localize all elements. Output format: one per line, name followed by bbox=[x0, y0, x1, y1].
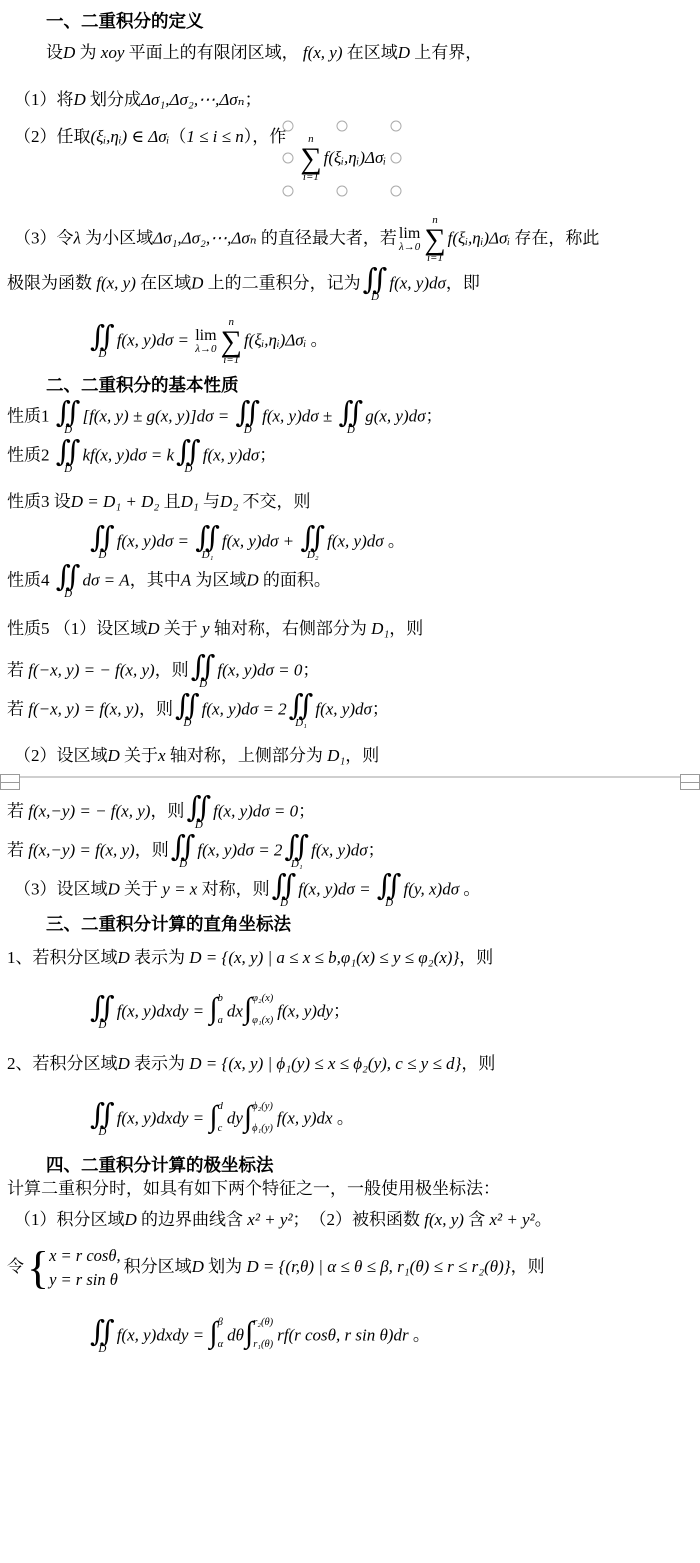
text-run: ； bbox=[259, 446, 276, 465]
math-run: f(ξᵢ,ηᵢ)Δσᵢ bbox=[324, 147, 386, 170]
text-run: ； bbox=[368, 840, 385, 859]
cases-group: {x = r cosθ,y = r sin θ bbox=[27, 1244, 121, 1292]
math-run: f(x, y)dσ + bbox=[222, 531, 299, 550]
double-integral: ∬D bbox=[176, 438, 201, 475]
text-run: ，则 bbox=[135, 840, 169, 859]
math-run: f(x, y)dσ = 2 bbox=[202, 699, 287, 718]
double-integral: ∬D bbox=[191, 653, 216, 690]
math-run: D = {(x, y) | a ≤ x ≤ b,φ₁(x) ≤ y ≤ φ₂(x… bbox=[189, 948, 459, 967]
text-run: 的面积。 bbox=[259, 570, 331, 589]
text-run: 四、二重积分计算的极坐标法 bbox=[46, 1155, 274, 1175]
text-line: 2、若积分区域D 表示为 D = {(x, y) | ϕ₁(y) ≤ x ≤ ϕ… bbox=[7, 1053, 700, 1076]
math-run: g(x, y)dσ bbox=[365, 407, 425, 426]
math-run: D bbox=[108, 879, 120, 898]
integral-limits: ϕ₂(y)ϕ₁(y) bbox=[252, 1100, 273, 1136]
text-run: ），作 bbox=[244, 127, 287, 146]
math-run: f(x, y)dσ bbox=[389, 273, 446, 292]
text-run: 不交，则 bbox=[238, 492, 310, 511]
text-line: 性质2 ∬Dkf(x, y)dσ = k∬Df(x, y)dσ； bbox=[7, 438, 700, 475]
text-run: ，则 bbox=[345, 746, 379, 765]
text-run: ； （2）被积函数 bbox=[293, 1210, 425, 1229]
math-run: xoy bbox=[101, 43, 125, 62]
math-run: f(x, y)dxdy = bbox=[117, 1001, 209, 1020]
math-run: f(x, y) bbox=[96, 273, 136, 292]
math-run: f(x, y)dy bbox=[277, 1001, 333, 1020]
text-line: 若 f(x,−y) = − f(x, y)，则∬Df(x, y)dσ = 0； bbox=[7, 794, 700, 831]
heading-line: 一、二重积分的定义 bbox=[46, 10, 700, 34]
math-run: f(ξᵢ,ηᵢ)Δσᵢ bbox=[244, 330, 306, 349]
integral-lower-limit: ϕ₁(y) bbox=[252, 1122, 273, 1136]
sum-operator: n∑i=1 bbox=[300, 134, 321, 183]
selected-equation: n∑i=1f(ξᵢ,ηᵢ)Δσᵢ bbox=[288, 126, 396, 191]
math-run: f(x, y)dσ = 0 bbox=[217, 660, 302, 679]
text-run: 的直径最大者，若 bbox=[257, 228, 397, 247]
text-run: ，即 bbox=[446, 273, 480, 292]
text-run: 平面上的有限闭区域， bbox=[124, 43, 303, 62]
integral-domain-label: D bbox=[98, 349, 106, 360]
lim-lower-limit: λ→0 bbox=[399, 242, 420, 253]
text-run: （3）设区域 bbox=[14, 879, 108, 898]
integral-lower-limit: a bbox=[218, 1014, 223, 1028]
math-run: f(y, x)dσ bbox=[404, 879, 460, 898]
text-run: ； bbox=[333, 1001, 350, 1020]
math-run: D₁ bbox=[327, 746, 345, 765]
text-run: 。 bbox=[306, 330, 327, 349]
selection-handle[interactable] bbox=[283, 120, 294, 131]
math-run: f(x, y)dσ bbox=[311, 840, 368, 859]
cases-stack: x = r cosθ,y = r sin θ bbox=[49, 1244, 120, 1292]
integral-domain-label: D bbox=[98, 550, 106, 561]
text-run: 的边界曲线含 bbox=[137, 1210, 248, 1229]
text-run: 与 bbox=[199, 492, 220, 511]
text-run: 为小区域 bbox=[81, 228, 153, 247]
text-run: 关于 bbox=[120, 879, 163, 898]
text-run: 。 bbox=[535, 1210, 552, 1229]
text-run: 计算二重积分时，如具有如下两个特征之一，一般使用极坐标法： bbox=[7, 1179, 500, 1198]
integral-icon: ∫ bbox=[244, 994, 252, 1030]
double-integral: ∬D bbox=[338, 399, 363, 436]
text-line: 性质3 设D = D₁ + D₂ 且D₁ 与D₂ 不交，则 bbox=[7, 491, 700, 514]
text-run: 性质5 （1）设区域 bbox=[7, 619, 147, 638]
integral: ∫r₂(θ)r₁(θ) bbox=[245, 1318, 276, 1354]
text-run: ，其中 bbox=[130, 570, 181, 589]
double-integral: ∬D bbox=[90, 994, 115, 1031]
sum-lower-limit: i=1 bbox=[223, 355, 239, 366]
page-break-edge-box bbox=[680, 774, 700, 790]
sum-operator: n∑i=1 bbox=[424, 215, 445, 264]
text-run: 关于 bbox=[160, 619, 203, 638]
math-run: [f(x, y) ± g(x, y)]dσ = bbox=[82, 407, 233, 426]
math-run: D = {(r,θ) | α ≤ θ ≤ β, r₁(θ) ≤ r ≤ r₂(θ… bbox=[246, 1257, 510, 1276]
double-integral: ∬D bbox=[56, 563, 81, 600]
text-line: （2）任取(ξᵢ,ηᵢ) ∈ Δσᵢ（1 ≤ i ≤ n），作n∑i=1f(ξᵢ… bbox=[14, 126, 700, 191]
selection-handle[interactable] bbox=[337, 185, 348, 196]
text-run: ； bbox=[298, 801, 315, 820]
double-integral: ∬D bbox=[90, 1101, 115, 1138]
page-break-edge-box bbox=[0, 774, 20, 790]
math-run: D bbox=[398, 43, 410, 62]
text-run: 。 bbox=[384, 531, 405, 550]
math-run: D₁ bbox=[181, 492, 199, 511]
selection-handle[interactable] bbox=[283, 153, 294, 164]
math-run: Δσ₁,Δσ₂,⋯,Δσₙ bbox=[141, 90, 245, 109]
integral-icon: ∫ bbox=[245, 1318, 253, 1354]
integral: ∫ϕ₂(y)ϕ₁(y) bbox=[244, 1102, 276, 1138]
text-run: 。 bbox=[333, 1109, 354, 1128]
text-run: 为区域 bbox=[191, 570, 246, 589]
integral: ∫dc bbox=[209, 1102, 225, 1138]
text-run: 性质4 bbox=[7, 570, 54, 589]
lim-word: lim bbox=[195, 328, 216, 344]
integral-domain-label: D₂ bbox=[307, 550, 319, 561]
math-run: λ bbox=[74, 228, 81, 247]
text-run: 轴对称，右侧部分为 bbox=[210, 619, 372, 638]
text-run: （ bbox=[169, 127, 186, 146]
integral-upper-limit: φ₂(x) bbox=[252, 992, 273, 1006]
text-run: （2）设区域 bbox=[14, 746, 108, 765]
math-run: f(x, y)dσ = bbox=[117, 330, 194, 349]
math-run: D bbox=[125, 1210, 137, 1229]
math-run: f(−x, y) = f(x, y) bbox=[28, 699, 139, 718]
text-run: ，则 bbox=[155, 660, 189, 679]
integral-lower-limit: α bbox=[218, 1338, 224, 1352]
double-integral: ∬D bbox=[377, 872, 402, 909]
integral-limits: φ₂(x)φ₁(x) bbox=[252, 992, 273, 1028]
integral-domain-label: D bbox=[195, 820, 203, 831]
page-break-line bbox=[0, 776, 700, 778]
text-run: 关于 bbox=[120, 746, 158, 765]
math-run: f(x, y)dσ ± bbox=[262, 407, 336, 426]
integral-limits: dc bbox=[218, 1100, 223, 1136]
math-run: f(−x, y) = − f(x, y) bbox=[28, 660, 154, 679]
text-run: 二、二重积分的基本性质 bbox=[46, 375, 239, 395]
text-run: 积分区域 bbox=[124, 1257, 192, 1276]
selection-handle[interactable] bbox=[391, 120, 402, 131]
double-integral: ∬D bbox=[56, 399, 81, 436]
integral-limits: ba bbox=[218, 992, 223, 1028]
text-run: 设 bbox=[46, 43, 63, 62]
sum-operator: n∑i=1 bbox=[221, 317, 242, 366]
double-integral: ∬D bbox=[272, 872, 297, 909]
formula-line: ∬Df(x, y)dxdy = ∫βαdθ∫r₂(θ)r₁(θ)rf(r cos… bbox=[88, 1318, 700, 1355]
text-line: （2）设区域D 关于x 轴对称，上侧部分为 D₁，则 bbox=[14, 745, 700, 768]
math-run: f(x, y) bbox=[303, 43, 343, 62]
selection-handle[interactable] bbox=[337, 120, 348, 131]
selection-handle[interactable] bbox=[391, 153, 402, 164]
integral-upper-limit: β bbox=[218, 1316, 224, 1330]
math-run: f(x,−y) = − f(x, y) bbox=[28, 801, 150, 820]
text-run: ，则 bbox=[139, 699, 173, 718]
integral-domain-label: D bbox=[64, 425, 72, 436]
double-integral: ∬D bbox=[90, 1318, 115, 1355]
text-line: （3）设区域D 关于 y = x 对称，则∬Df(x, y)dσ = ∬Df(y… bbox=[14, 872, 700, 909]
text-run: 上的二重积分，记为 bbox=[203, 273, 360, 292]
text-run: 性质2 bbox=[7, 446, 54, 465]
text-run: （2）任取 bbox=[14, 127, 91, 146]
formula-line: ∬Df(x, y)dxdy = ∫badx∫φ₂(x)φ₁(x)f(x, y)d… bbox=[88, 994, 700, 1031]
text-run: 若 bbox=[7, 699, 28, 718]
double-integral: ∬D bbox=[90, 524, 115, 561]
integral-limits: βα bbox=[218, 1316, 224, 1352]
double-integral: ∬D bbox=[363, 266, 388, 303]
math-run: D bbox=[118, 1054, 130, 1073]
double-integral: ∬D bbox=[56, 438, 81, 475]
selection-handle[interactable] bbox=[283, 185, 294, 196]
integral-domain-label: D bbox=[385, 898, 393, 909]
text-run: 且 bbox=[159, 492, 180, 511]
formula-line: ∬Df(x, y)dxdy = ∫dcdy∫ϕ₂(y)ϕ₁(y)f(x, y)d… bbox=[88, 1101, 700, 1138]
brace-icon: { bbox=[27, 1247, 49, 1288]
integral-domain-label: D bbox=[64, 464, 72, 475]
math-run: D bbox=[108, 746, 120, 765]
text-run: 极限为函数 bbox=[7, 273, 96, 292]
integral-domain-label: D₁ bbox=[291, 859, 303, 870]
text-line: 设D 为 xoy 平面上的有限闭区域， f(x, y) 在区域D 上有界， bbox=[46, 42, 700, 65]
formula-line: ∬Df(x, y)dσ = ∬D₁f(x, y)dσ + ∬D₂f(x, y)d… bbox=[88, 524, 700, 561]
text-run: 在区域 bbox=[136, 273, 191, 292]
text-run: ，则 bbox=[511, 1257, 545, 1276]
text-line: 性质1 ∬D[f(x, y) ± g(x, y)]dσ = ∬Df(x, y)d… bbox=[7, 399, 700, 436]
math-run: f(x, y)dσ bbox=[315, 699, 372, 718]
text-run: 划分成 bbox=[86, 90, 141, 109]
text-line: 令{x = r cosθ,y = r sin θ积分区域D 划为 D = {(r… bbox=[7, 1244, 700, 1292]
integral-domain-label: D bbox=[199, 679, 207, 690]
integral-domain-label: D bbox=[179, 859, 187, 870]
page-break bbox=[0, 774, 700, 792]
limit-operator: limλ→0 bbox=[399, 226, 420, 253]
double-integral: ∬D bbox=[235, 399, 260, 436]
text-run: ，则 bbox=[150, 801, 184, 820]
text-run: 对称，则 bbox=[197, 879, 269, 898]
math-run: D bbox=[191, 273, 203, 292]
text-line: 若 f(x,−y) = f(x, y)，则∬Df(x, y)dσ = 2∬D₁f… bbox=[7, 833, 700, 870]
double-integral: ∬D₁ bbox=[284, 833, 309, 870]
text-run: （1）将 bbox=[14, 90, 74, 109]
math-run: D bbox=[246, 570, 258, 589]
integral-upper-limit: ϕ₂(y) bbox=[252, 1100, 273, 1114]
text-run: 性质1 bbox=[7, 407, 54, 426]
math-run: 1 ≤ i ≤ n bbox=[186, 127, 243, 146]
math-run: Δσ₁,Δσ₂,⋯,Δσₙ bbox=[153, 228, 257, 247]
integral-domain-label: D bbox=[64, 589, 72, 600]
math-run: D bbox=[147, 619, 159, 638]
document: 一、二重积分的定义设D 为 xoy 平面上的有限闭区域， f(x, y) 在区域… bbox=[0, 0, 700, 1563]
integral-domain-label: D bbox=[244, 425, 252, 436]
sum-lower-limit: i=1 bbox=[303, 172, 319, 183]
text-run: ，则 bbox=[459, 948, 493, 967]
text-run: 表示为 bbox=[130, 1054, 190, 1073]
math-run: f(x, y)dσ = bbox=[117, 531, 194, 550]
math-run: f(x, y)dσ = 0 bbox=[213, 801, 298, 820]
math-run: f(x, y)dxdy = bbox=[117, 1109, 209, 1128]
double-integral: ∬D bbox=[90, 323, 115, 360]
text-line: （1）积分区域D 的边界曲线含 x² + y²； （2）被积函数 f(x, y)… bbox=[14, 1209, 700, 1232]
math-run: D = D₁ + D₂ bbox=[71, 492, 160, 511]
math-run: rf(r cosθ, r sin θ)dr bbox=[277, 1325, 408, 1344]
math-run: kf(x, y)dσ = k bbox=[82, 446, 174, 465]
integral-icon: ∫ bbox=[244, 1102, 252, 1138]
heading-line: 二、二重积分的基本性质 bbox=[46, 374, 700, 398]
lim-lower-limit: λ→0 bbox=[195, 344, 216, 355]
integral-domain-label: D₁ bbox=[295, 718, 307, 729]
math-run: f(ξᵢ,ηᵢ)Δσᵢ bbox=[448, 228, 510, 247]
text-line: （1）将D 划分成Δσ₁,Δσ₂,⋯,Δσₙ； bbox=[14, 89, 700, 112]
sigma-icon: ∑ bbox=[221, 328, 242, 355]
text-run: 1、若积分区域 bbox=[7, 948, 118, 967]
sum-lower-limit: i=1 bbox=[427, 253, 443, 264]
integral-limits: r₂(θ)r₁(θ) bbox=[253, 1316, 273, 1352]
math-run: f(x, y)dx bbox=[277, 1109, 333, 1128]
integral: ∫ba bbox=[209, 994, 225, 1030]
integral-domain-label: D bbox=[347, 425, 355, 436]
text-run: 。 bbox=[409, 1325, 430, 1344]
math-run: D₁ bbox=[371, 619, 389, 638]
text-run: ； bbox=[245, 90, 262, 109]
double-integral: ∬D₁ bbox=[195, 524, 220, 561]
integral-domain-label: D bbox=[371, 292, 379, 303]
integral-icon: ∫ bbox=[209, 994, 217, 1030]
text-run: 。 bbox=[459, 879, 480, 898]
text-run: ，则 bbox=[389, 619, 423, 638]
text-run: 三、二重积分计算的直角坐标法 bbox=[46, 914, 291, 934]
integral-icon: ∫ bbox=[209, 1318, 217, 1354]
heading-line: 四、二重积分计算的极坐标法 bbox=[46, 1154, 700, 1178]
text-run: ； bbox=[372, 699, 389, 718]
case-row: x = r cosθ, bbox=[49, 1244, 120, 1268]
integral-icon: ∫ bbox=[209, 1102, 217, 1138]
integral-domain-label: D bbox=[98, 1020, 106, 1031]
integral-lower-limit: φ₁(x) bbox=[252, 1014, 273, 1028]
math-run: D bbox=[118, 948, 130, 967]
text-run: 令 bbox=[7, 1257, 24, 1276]
text-line: 计算二重积分时，如具有如下两个特征之一，一般使用极坐标法： bbox=[7, 1178, 700, 1201]
text-line: 若 f(−x, y) = − f(x, y)，则∬Df(x, y)dσ = 0； bbox=[7, 653, 700, 690]
text-run: 划为 bbox=[204, 1257, 247, 1276]
integral: ∫βα bbox=[209, 1318, 226, 1354]
math-run: D bbox=[63, 43, 75, 62]
text-run: （1）积分区域 bbox=[14, 1210, 125, 1229]
math-run: x² + y² bbox=[489, 1210, 534, 1229]
double-integral: ∬D₁ bbox=[289, 692, 314, 729]
formula-line: ∬Df(x, y)dσ = limλ→0n∑i=1f(ξᵢ,ηᵢ)Δσᵢ 。 bbox=[88, 317, 700, 366]
integral: ∫φ₂(x)φ₁(x) bbox=[244, 994, 276, 1030]
text-run: 若 bbox=[7, 660, 28, 679]
math-run: f(x, y)dσ bbox=[203, 446, 260, 465]
text-run: 性质3 设 bbox=[7, 492, 71, 511]
math-run: f(x, y)dxdy = bbox=[117, 1325, 209, 1344]
integral-domain-label: D bbox=[184, 464, 192, 475]
integral-upper-limit: d bbox=[218, 1100, 223, 1114]
double-integral: ∬D bbox=[186, 794, 211, 831]
math-run: D = {(x, y) | ϕ₁(y) ≤ x ≤ ϕ₂(y), c ≤ y ≤… bbox=[189, 1054, 461, 1073]
sigma-icon: ∑ bbox=[424, 226, 445, 253]
text-run: 一、二重积分的定义 bbox=[46, 11, 204, 31]
math-run: f(x, y)dσ bbox=[327, 531, 384, 550]
math-run: D bbox=[74, 90, 86, 109]
math-run: dσ = A bbox=[82, 570, 129, 589]
double-integral: ∬D₂ bbox=[300, 524, 325, 561]
double-integral: ∬D bbox=[171, 833, 196, 870]
math-run: dy bbox=[227, 1109, 243, 1128]
lim-word: lim bbox=[399, 226, 420, 242]
text-run: ； bbox=[302, 660, 319, 679]
text-run: ，则 bbox=[461, 1054, 495, 1073]
math-run: y bbox=[202, 619, 210, 638]
integral-domain-label: D bbox=[98, 1344, 106, 1355]
double-integral: ∬D bbox=[175, 692, 200, 729]
math-run: f(x,−y) = f(x, y) bbox=[28, 840, 134, 859]
text-run: 含 bbox=[464, 1210, 490, 1229]
math-run: x² + y² bbox=[247, 1210, 292, 1229]
math-run: (ξᵢ,ηᵢ) ∈ Δσᵢ bbox=[91, 127, 170, 146]
text-line: （3）令λ 为小区域Δσ₁,Δσ₂,⋯,Δσₙ 的直径最大者，若limλ→0n∑… bbox=[14, 215, 700, 264]
limit-operator: limλ→0 bbox=[195, 328, 216, 355]
math-run: f(x, y)dσ = 2 bbox=[197, 840, 282, 859]
math-run: dθ bbox=[227, 1325, 244, 1344]
math-run: f(x, y) bbox=[424, 1210, 464, 1229]
text-line: 若 f(−x, y) = f(x, y)，则∬Df(x, y)dσ = 2∬D₁… bbox=[7, 692, 700, 729]
case-row: y = r sin θ bbox=[49, 1268, 120, 1292]
text-run: ； bbox=[425, 407, 442, 426]
text-run: 2、若积分区域 bbox=[7, 1054, 118, 1073]
integral-domain-label: D₁ bbox=[202, 550, 214, 561]
text-run: 若 bbox=[7, 801, 28, 820]
integral-upper-limit: b bbox=[218, 992, 223, 1006]
selection-handle[interactable] bbox=[391, 185, 402, 196]
math-run: A bbox=[181, 570, 191, 589]
text-line: 性质5 （1）设区域D 关于 y 轴对称，右侧部分为 D₁，则 bbox=[7, 618, 700, 641]
integral-domain-label: D bbox=[183, 718, 191, 729]
math-run: D₂ bbox=[220, 492, 238, 511]
integral-lower-limit: r₁(θ) bbox=[253, 1338, 273, 1352]
text-run: 若 bbox=[7, 840, 28, 859]
math-run: D bbox=[192, 1257, 204, 1276]
text-run: 表示为 bbox=[130, 948, 190, 967]
text-line: 极限为函数 f(x, y) 在区域D 上的二重积分，记为∬Df(x, y)dσ，… bbox=[7, 266, 700, 303]
integral-upper-limit: r₂(θ) bbox=[253, 1316, 273, 1330]
math-run: dx bbox=[227, 1001, 243, 1020]
text-run: 上有界， bbox=[410, 43, 482, 62]
math-run: f(x, y)dσ = bbox=[298, 879, 375, 898]
text-run: 轴对称，上侧部分为 bbox=[166, 746, 328, 765]
integral-domain-label: D bbox=[280, 898, 288, 909]
sigma-icon: ∑ bbox=[300, 145, 321, 172]
text-line: 1、若积分区域D 表示为 D = {(x, y) | a ≤ x ≤ b,φ₁(… bbox=[7, 947, 700, 970]
integral-lower-limit: c bbox=[218, 1122, 223, 1136]
math-run: y = x bbox=[162, 879, 197, 898]
math-run: x bbox=[158, 746, 166, 765]
heading-line: 三、二重积分计算的直角坐标法 bbox=[46, 913, 700, 937]
integral-domain-label: D bbox=[98, 1127, 106, 1138]
text-line: 性质4 ∬Ddσ = A，其中A 为区域D 的面积。 bbox=[7, 563, 700, 600]
text-run: 为 bbox=[75, 43, 101, 62]
text-run: （3）令 bbox=[14, 228, 74, 247]
text-run: 在区域 bbox=[343, 43, 398, 62]
text-run: 存在，称此 bbox=[510, 228, 599, 247]
